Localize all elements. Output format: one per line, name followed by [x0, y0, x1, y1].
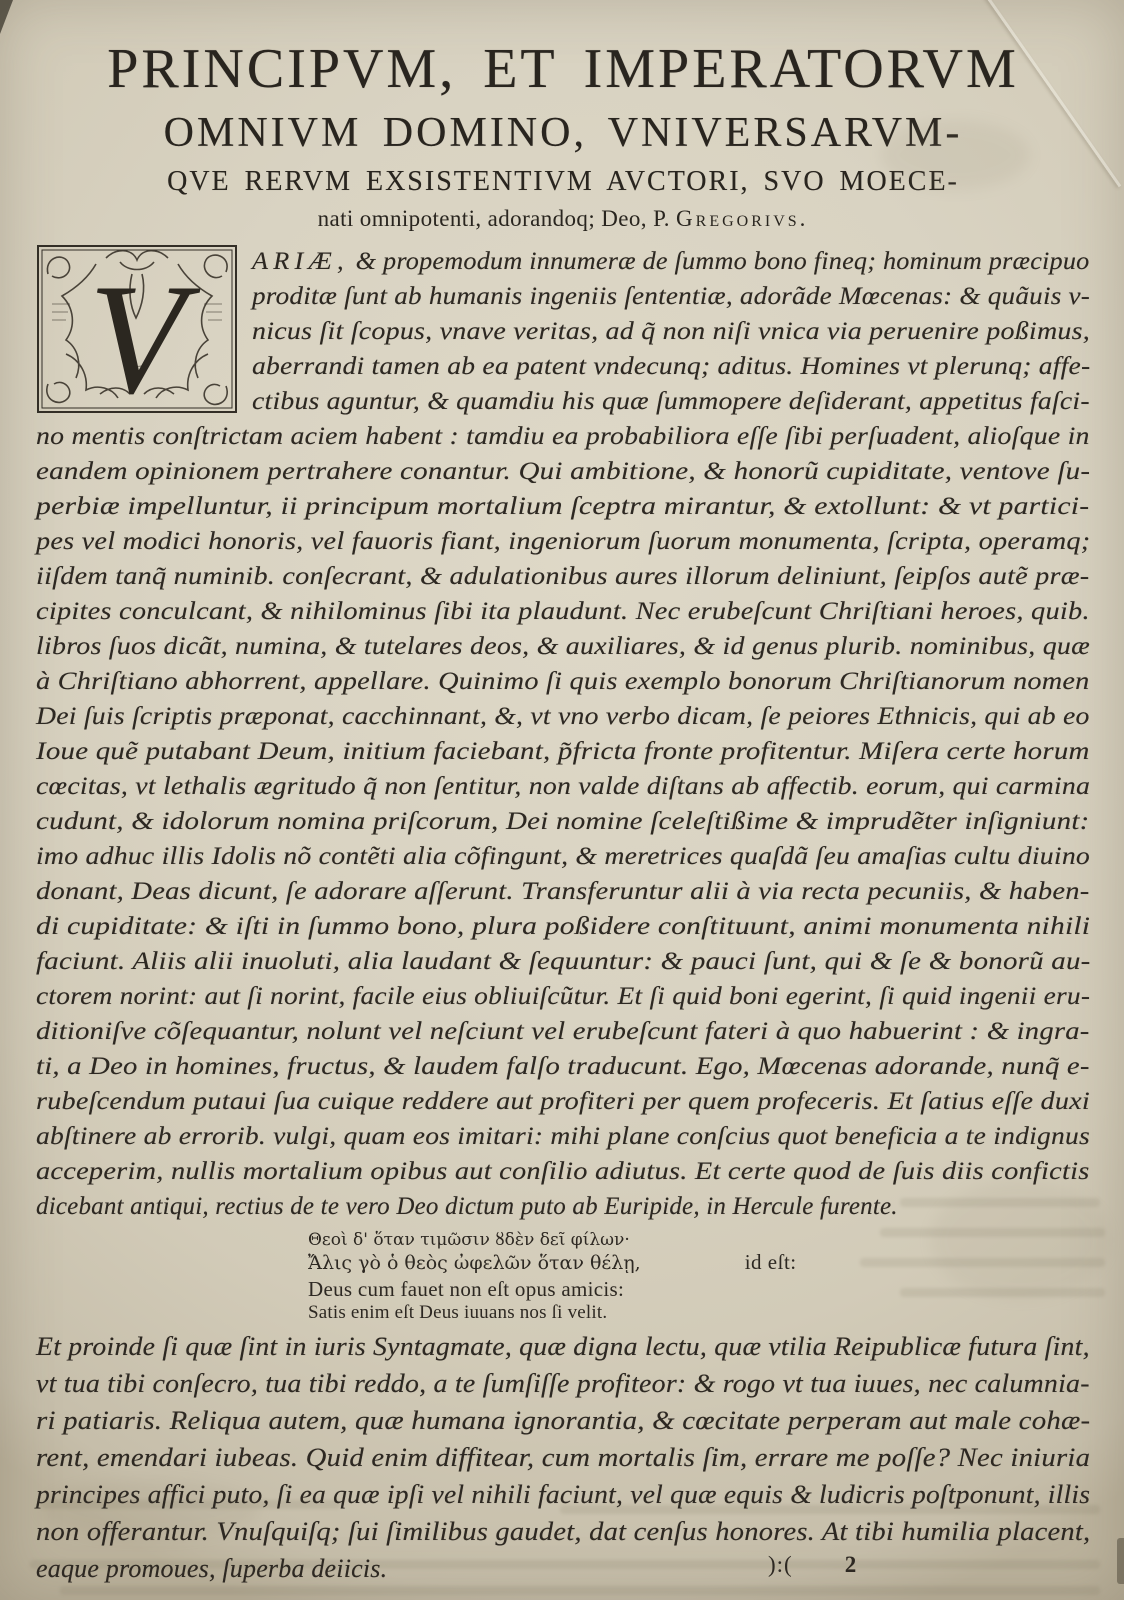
- text-line: cipites conculcant, & nihilominus ſibi i…: [36, 594, 1090, 629]
- text-line: proditæ ſunt ab humanis ingeniis ſentent…: [252, 279, 1090, 314]
- text-line: Et proinde ſi quæ ſint in iuris Syntagma…: [36, 1328, 1090, 1365]
- text-line: principes affici puto, ſi ea quæ ipſi ve…: [36, 1476, 1090, 1513]
- text-line: aberrandi tamen ab ea patent vndecunq; a…: [252, 349, 1090, 384]
- latin-translation-line-2: Satis enim eſt Deus iuuans nos ſi velit.: [308, 1302, 1090, 1324]
- initial-letter: V: [89, 252, 201, 414]
- text-line: eandem opinionem pertrahere conantur. Qu…: [36, 454, 1090, 489]
- text-line: nicus ſit ſcopus, vnave veritas, ad q̃ n…: [252, 314, 1090, 349]
- text-line: vt tua tibi conſecro, tua tibi reddo, a …: [36, 1365, 1090, 1402]
- text-line: donant, Deas dicunt, ſe adorare aſſerunt…: [36, 874, 1090, 909]
- text-line: Dei ſuis ſcriptis præponat, cacchinnant,…: [36, 699, 1090, 734]
- woodcut-initial: V: [36, 244, 238, 414]
- signature-mark: ):(2: [768, 1552, 857, 1578]
- greek-quote-line-2: Ἄλις γὸ ὁ θεὸς ὠφελῶν ὅταν θέλῃ,: [308, 1252, 641, 1274]
- title-line-1: PRINCIPVM, ET IMPERATORVM: [36, 40, 1090, 98]
- gathering-mark: ):(: [768, 1552, 793, 1577]
- show-through: [60, 1586, 1100, 1595]
- text-line: abſtinere ab errorib. vulgi, quam eos im…: [36, 1119, 1090, 1154]
- text-line: acceperim, nullis mortalium opibus aut c…: [36, 1154, 1090, 1189]
- text-line: pes vel modici honoris, vel fauoris fian…: [36, 524, 1090, 559]
- text-line: ri patiaris. Reliqua autem, quæ humana i…: [36, 1402, 1090, 1439]
- text-line: à Chriſtiano abhorrent, appellare. Quini…: [36, 664, 1090, 699]
- text-line: ARIÆ, & propemodum innumeræ de ſummo bon…: [252, 244, 1090, 279]
- quote-block: Θεοὶ δ' ὅταν τιμῶσιν ȣδὲν δεῖ φίλων· Ἄλι…: [308, 1230, 1090, 1324]
- title-line-4: nati omnipotenti, adorandoq; Deo, P. Gre…: [36, 206, 1090, 232]
- text-line: ctorem norint: aut ſi norint, facile eiu…: [36, 979, 1090, 1014]
- spaced-caps: ARIÆ,: [252, 248, 349, 275]
- text-line: non offerantur. Vnuſquiſq; ſui ſimilibus…: [36, 1513, 1090, 1550]
- text-line: di cupiditate: & iſti in ſummo bono, plu…: [36, 909, 1090, 944]
- text-line: ditioniſve cõſequantur, nolunt vel neſci…: [36, 1014, 1090, 1049]
- paper-stain: [880, 120, 1030, 190]
- text-line: ctibus aguntur, & quamdiu his quæ ſummop…: [252, 384, 1090, 419]
- text-line: eaque promoues, ſuperba deiicis.: [36, 1550, 1090, 1587]
- signature-number: 2: [845, 1552, 858, 1577]
- text-line: cœcitas, vt lethalis ægritudo q̃ non ſen…: [36, 769, 1090, 804]
- text-line: libros ſuos dicãt, numina, & tutelares d…: [36, 629, 1090, 664]
- text-line: rent, emendari iubeas. Quid enim diffite…: [36, 1439, 1090, 1476]
- text-line: imo adhuc illis Idolis nõ contẽti alia c…: [36, 839, 1090, 874]
- text-line: Ioue quẽ putabant Deum, initium facieban…: [36, 734, 1090, 769]
- author-name: Gregorivs.: [676, 206, 808, 231]
- latin-translation-line-1: Deus cum fauet non eſt opus amicis:: [308, 1277, 1090, 1302]
- text-line: rubeſcendum putaui ſua cuique reddere au…: [36, 1084, 1090, 1119]
- woodcut-initial-art: V: [36, 244, 238, 414]
- closing-paragraph: Et proinde ſi quæ ſint in iuris Syntagma…: [36, 1328, 1090, 1587]
- edge-smudge: [1117, 1538, 1124, 1584]
- opening-paragraph: ARIÆ, & propemodum innumeræ de ſummo bon…: [252, 244, 1090, 419]
- text-line: cudunt, & idolorum nomina priſcorum, Dei…: [36, 804, 1090, 839]
- text-line: no mentis conſtrictam aciem habent : tam…: [36, 419, 1090, 454]
- corner-smudge: [0, 0, 13, 34]
- greek-quote-line-2-row: Ἄλις γὸ ὁ θεὸς ὠφελῶν ὅταν θέλῃ,id eſt:: [308, 1250, 1090, 1277]
- text-line: perbiæ impelluntur, ii principum mortali…: [36, 489, 1090, 524]
- main-paragraph: no mentis conſtrictam aciem habent : tam…: [36, 419, 1090, 1224]
- text-line: dicebant antiqui, rectius de te vero Deo…: [36, 1189, 1090, 1224]
- dedication-text: nati omnipotenti, adorandoq; Deo, P.: [318, 206, 676, 231]
- greek-quote-line-1: Θεοὶ δ' ὅταν τιμῶσιν ȣδὲν δεῖ φίλων·: [308, 1230, 1090, 1250]
- book-page: PRINCIPVM, ET IMPERATORVM OMNIVM DOMINO,…: [0, 0, 1124, 1600]
- text-line: iiſdem tanq̃ numinib. conſecrant, & adul…: [36, 559, 1090, 594]
- id-est-label: id eſt:: [745, 1250, 797, 1274]
- text-line: ti, a Deo in homines, fructus, & laudem …: [36, 1049, 1090, 1084]
- text-line: faciunt. Aliis alii inuoluti, alia lauda…: [36, 944, 1090, 979]
